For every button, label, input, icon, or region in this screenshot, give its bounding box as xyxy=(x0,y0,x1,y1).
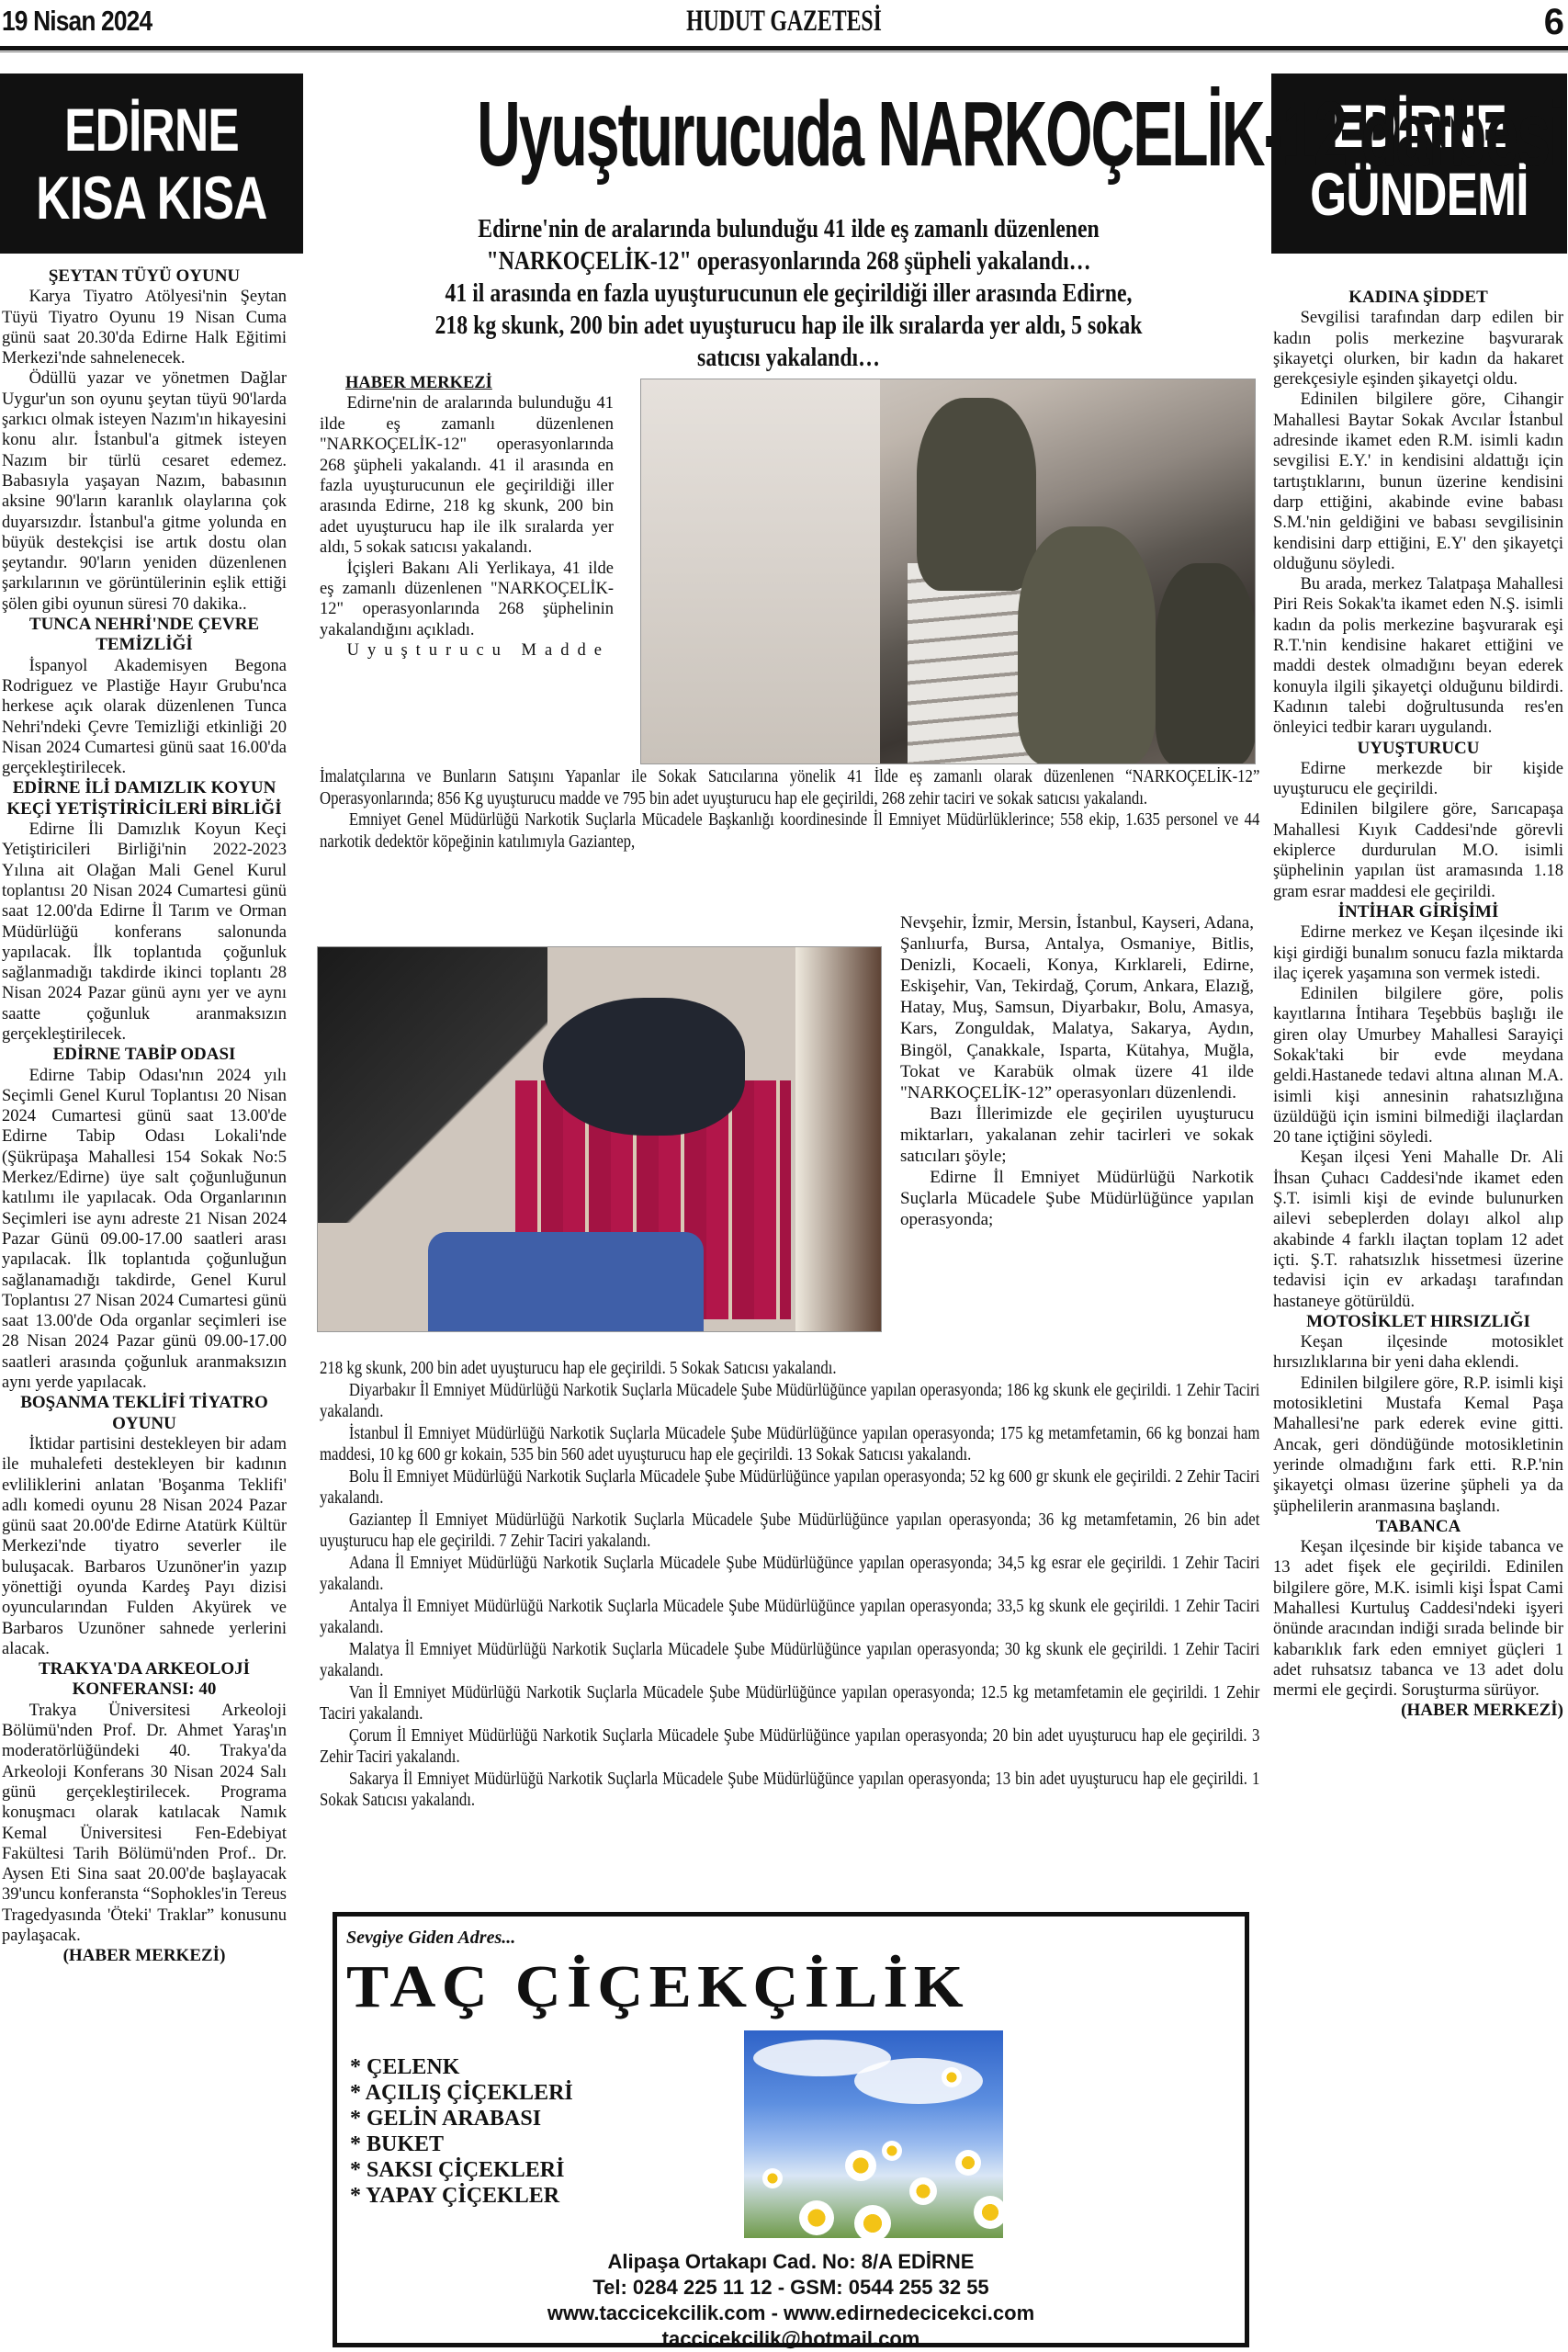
section-box-line2: KISA KISA xyxy=(33,164,269,232)
article-paragraph: Edirne merkez ve Keşan ilçesinde iki kiş… xyxy=(1273,922,1563,984)
header-rule xyxy=(0,46,1568,51)
photo-officer xyxy=(917,398,1036,591)
ad-service-item: * YAPAY ÇİÇEKLER xyxy=(350,2183,573,2209)
article-paragraph: Keşan ilçesinde motosiklet hırsızlıkları… xyxy=(1273,1332,1563,1374)
newspaper-name: HUDUT GAZETESİ xyxy=(220,0,1348,42)
article-title: EDİRNE İLİ DAMIZLIK KOYUN KEÇİ YETİŞTİRİ… xyxy=(2,778,287,820)
ad-tagline: Sevgiye Giden Adres... xyxy=(346,1928,515,1949)
ad-service-item: * SAKSI ÇİÇEKLERİ xyxy=(350,2157,573,2183)
article-title: UYUŞTURUCU xyxy=(1273,739,1563,759)
article-paragraph: Bazı İllerimizde ele geçirilen uyuşturuc… xyxy=(900,1103,1254,1167)
article-paragraph: Bu arada, merkez Talatpaşa Mahallesi Pir… xyxy=(1273,574,1563,738)
article-paragraph: Uyuşturucu Madde xyxy=(320,640,614,661)
ad-daisy-image xyxy=(744,2030,1003,2238)
article-paragraph: Sevgilisi tarafından darp edilen bir kad… xyxy=(1273,308,1563,390)
article-paragraph: Edirne'nin de aralarında bulunduğu 41 il… xyxy=(320,393,614,558)
daisy-icon xyxy=(845,2150,876,2181)
article-title: TUNCA NEHRİ'NDE ÇEVRE TEMİZLİĞİ xyxy=(2,615,287,656)
article-title: BOŞANMA TEKLİFİ TİYATRO OYUNU xyxy=(2,1393,287,1434)
article-paragraph: İspanyol Akademisyen Begona Rodriguez ve… xyxy=(2,656,287,779)
photo-suspect xyxy=(543,998,745,1136)
daisy-icon xyxy=(854,2205,891,2238)
photo-officer xyxy=(1018,526,1156,764)
main-subheadline: Edirne'nin de aralarında bulunduğu 41 il… xyxy=(318,213,1259,374)
ad-service-item: * AÇILIŞ ÇİÇEKLERİ xyxy=(350,2080,573,2106)
daisy-icon xyxy=(909,2177,937,2205)
article-paragraph: Edirne İli Damızlık Koyun Keçi Yetiştiri… xyxy=(2,820,287,1045)
article-paragraph: İmalatçılarına ve Bunların Satışını Yapa… xyxy=(320,766,1259,809)
subhead-line: 41 il arasında en fazla uyuşturucunun el… xyxy=(402,277,1175,310)
article-paragraph: Edinilen bilgilere göre, Cihangir Mahall… xyxy=(1273,390,1563,574)
daisy-icon xyxy=(762,2168,783,2188)
main-story-provinces: Nevşehir, İzmir, Mersin, İstanbul, Kayse… xyxy=(900,912,1254,1230)
article-paragraph: Keşan ilçesi Yeni Mahalle Dr. Ali İhsan … xyxy=(1273,1148,1563,1311)
article-paragraph: Karya Tiyatro Atölyesi'nin Şeytan Tüyü T… xyxy=(2,287,287,368)
byline: HABER MERKEZİ xyxy=(320,373,614,393)
article-title: KADINA ŞİDDET xyxy=(1273,288,1563,308)
ad-service-item: * BUKET xyxy=(350,2131,573,2157)
article-paragraph: Trakya Üniversitesi Arkeoloji Bölümü'nde… xyxy=(2,1701,287,1947)
article-paragraph: Edirne İl Emniyet Müdürlüğü Narkotik Suç… xyxy=(900,1167,1254,1230)
article-paragraph: Edinilen bilgilere göre, R.P. isimli kiş… xyxy=(1273,1374,1563,1517)
main-story-body: İmalatçılarına ve Bunların Satışını Yapa… xyxy=(320,766,1259,853)
ad-email[interactable]: taccicekcilik@hotmail.com xyxy=(337,2326,1245,2351)
article-title: İNTİHAR GİRİŞİMİ xyxy=(1273,902,1563,922)
operation-photo-suspects xyxy=(317,946,882,1332)
photo-wall xyxy=(641,379,880,764)
daisy-icon xyxy=(882,2141,902,2161)
article-paragraph: Ödüllü yazar ve yönetmen Dağlar Uygur'un… xyxy=(2,368,287,615)
article-signoff: (HABER MERKEZİ) xyxy=(1273,1701,1563,1721)
article-title: ŞEYTAN TÜYÜ OYUNU xyxy=(2,266,287,287)
ad-websites[interactable]: www.taccicekcilik.com - www.edirnedecice… xyxy=(337,2301,1245,2325)
subhead-line: 218 kg skunk, 200 bin adet uyuşturucu ha… xyxy=(402,310,1175,342)
ad-address: Alipaşa Ortakapı Cad. No: 8/A EDİRNE xyxy=(337,2249,1245,2274)
subhead-line: Edirne'nin de aralarında bulunduğu 41 il… xyxy=(402,213,1175,245)
article-paragraph: İçişleri Bakanı Ali Yerlikaya, 41 ilde e… xyxy=(320,559,614,641)
article-paragraph: Edinilen bilgilere göre, Sarıcapaşa Maha… xyxy=(1273,799,1563,901)
article-paragraph: Keşan ilçesinde bir kişide tabanca ve 13… xyxy=(1273,1537,1563,1701)
section-box-kisa-kisa: EDİRNE KISA KISA xyxy=(0,73,303,254)
cloud-shape xyxy=(854,2058,983,2104)
page-number: 6 xyxy=(1544,0,1564,44)
photo-rifle xyxy=(318,947,547,1223)
photo-door xyxy=(795,947,882,1332)
main-story-intro: HABER MERKEZİ Edirne'nin de aralarında b… xyxy=(320,373,614,661)
article-paragraph: Edirne Tabip Odası'nın 2024 yılı Seçimli… xyxy=(2,1066,287,1394)
daisy-icon xyxy=(955,2150,981,2176)
subhead-line: satıcısı yakalandı… xyxy=(402,342,1175,374)
ad-phones: Tel: 0284 225 11 12 - GSM: 0544 255 32 5… xyxy=(337,2275,1245,2300)
header-rule-thin xyxy=(0,51,1568,52)
article-paragraph: Sakarya İl Emniyet Müdürlüğü Narkotik Su… xyxy=(320,1769,1259,1812)
article-paragraph: Çorum İl Emniyet Müdürlüğü Narkotik Suçl… xyxy=(320,1725,1259,1769)
photo-officer xyxy=(428,1232,704,1332)
photo-officer xyxy=(1156,563,1256,764)
column-kisa-kisa: ŞEYTAN TÜYÜ OYUNU Karya Tiyatro Atölyesi… xyxy=(2,266,287,1967)
daisy-icon xyxy=(799,2200,834,2235)
article-paragraph: Malatya İl Emniyet Müdürlüğü Narkotik Su… xyxy=(320,1639,1259,1682)
article-paragraph: Adana İl Emniyet Müdürlüğü Narkotik Suçl… xyxy=(320,1553,1259,1596)
operation-photo-stairs xyxy=(640,379,1256,764)
article-paragraph: 218 kg skunk, 200 bin adet uyuşturucu ha… xyxy=(320,1358,1259,1380)
article-paragraph: Van İl Emniyet Müdürlüğü Narkotik Suçlar… xyxy=(320,1682,1259,1725)
ad-service-item: * GELİN ARABASI xyxy=(350,2106,573,2131)
article-title: EDİRNE TABİP ODASI xyxy=(2,1045,287,1065)
subhead-line: "NARKOÇELİK-12" operasyonlarında 268 şüp… xyxy=(402,245,1175,277)
article-paragraph: Edinilen bilgilere göre, polis kayıtları… xyxy=(1273,984,1563,1148)
column-gundem: KADINA ŞİDDET Sevgilisi tarafından darp … xyxy=(1273,288,1563,1722)
daisy-icon xyxy=(942,2067,962,2087)
article-paragraph: Edirne merkezde bir kişide uyuşturucu el… xyxy=(1273,759,1563,800)
issue-date: 19 Nisan 2024 xyxy=(2,0,152,42)
article-paragraph: İstanbul İl Emniyet Müdürlüğü Narkotik S… xyxy=(320,1423,1259,1466)
article-paragraph: Diyarbakır İl Emniyet Müdürlüğü Narkotik… xyxy=(320,1380,1259,1423)
article-signoff: (HABER MERKEZİ) xyxy=(2,1946,287,1966)
article-title: TRAKYA'DA ARKEOLOJİ KONFERANSI: 40 xyxy=(2,1659,287,1701)
article-paragraph: Antalya İl Emniyet Müdürlüğü Narkotik Su… xyxy=(320,1596,1259,1639)
ad-services-list: * ÇELENK * AÇILIŞ ÇİÇEKLERİ * GELİN ARAB… xyxy=(350,2054,573,2209)
main-story-results: 218 kg skunk, 200 bin adet uyuşturucu ha… xyxy=(320,1358,1259,1812)
ad-service-item: * ÇELENK xyxy=(350,2054,573,2080)
main-headline: Uyuşturucuda NARKOÇELİK-12 darbesi! xyxy=(477,79,1101,189)
daisy-icon xyxy=(974,2196,1003,2229)
article-paragraph: Bolu İl Emniyet Müdürlüğü Narkotik Suçla… xyxy=(320,1466,1259,1510)
article-paragraph: İktidar partisini destekleyen bir adam i… xyxy=(2,1434,287,1659)
article-paragraph: Gaziantep İl Emniyet Müdürlüğü Narkotik … xyxy=(320,1510,1259,1553)
section-box-line1: EDİRNE xyxy=(33,96,269,164)
article-title: MOTOSİKLET HIRSIZLIĞI xyxy=(1273,1312,1563,1332)
article-paragraph: Nevşehir, İzmir, Mersin, İstanbul, Kayse… xyxy=(900,912,1254,1103)
article-paragraph: Emniyet Genel Müdürlüğü Narkotik Suçlarl… xyxy=(320,809,1259,853)
article-title: TABANCA xyxy=(1273,1517,1563,1537)
ad-brand: TAÇ ÇİÇEKÇİLİK xyxy=(346,1953,1292,2021)
florist-advertisement: Sevgiye Giden Adres... TAÇ ÇİÇEKÇİLİK * … xyxy=(333,1912,1249,2347)
